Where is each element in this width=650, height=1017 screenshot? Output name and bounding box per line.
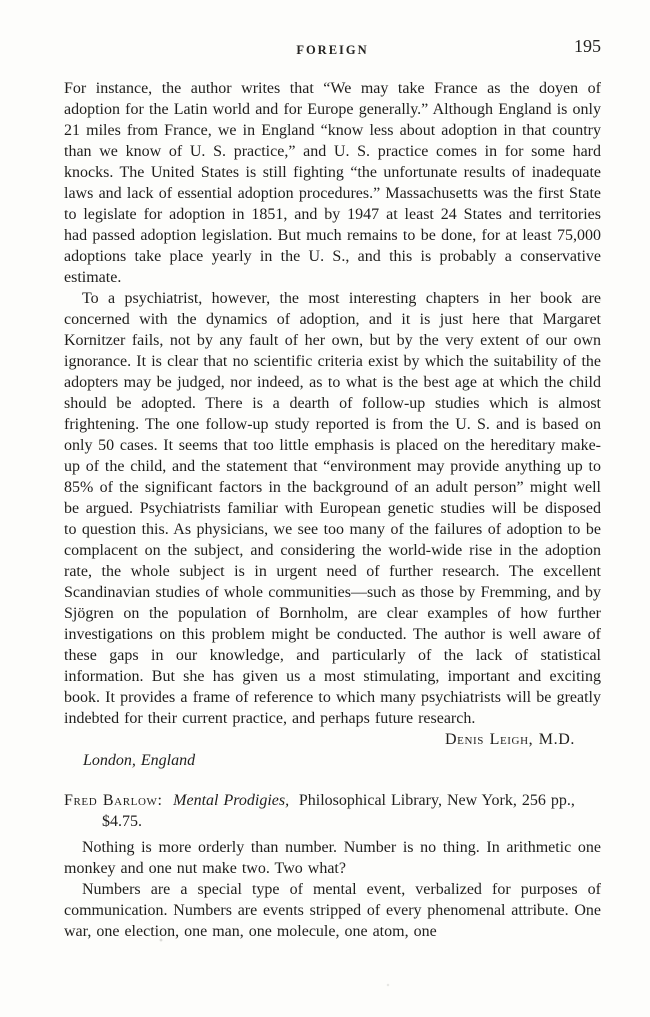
reviewer-signature: Denis Leigh, M.D. (64, 729, 601, 750)
review-foreign-paragraph-1: For instance, the author writes that “We… (64, 78, 601, 288)
review-foreign-paragraph-2: To a psychiatrist, however, the most int… (64, 288, 601, 729)
review-author: Fred Barlow: (64, 792, 163, 809)
review-book-title: Mental Prodigies, (173, 792, 289, 809)
running-title: FOREIGN (64, 40, 601, 61)
review-barlow-paragraph-1: Nothing is more orderly than number. Num… (64, 837, 601, 879)
page-number: 195 (574, 36, 601, 57)
running-head: FOREIGN 195 (64, 40, 601, 56)
review-barlow-heading: Fred Barlow: Mental Prodigies, Philosoph… (64, 790, 601, 832)
reviewer-location: London, England (83, 750, 601, 771)
scanned-book-page: FOREIGN 195 For instance, the author wri… (0, 0, 650, 1017)
review-barlow-paragraph-2: Numbers are a special type of mental eve… (64, 879, 601, 942)
text-column: For instance, the author writes that “We… (64, 78, 601, 942)
